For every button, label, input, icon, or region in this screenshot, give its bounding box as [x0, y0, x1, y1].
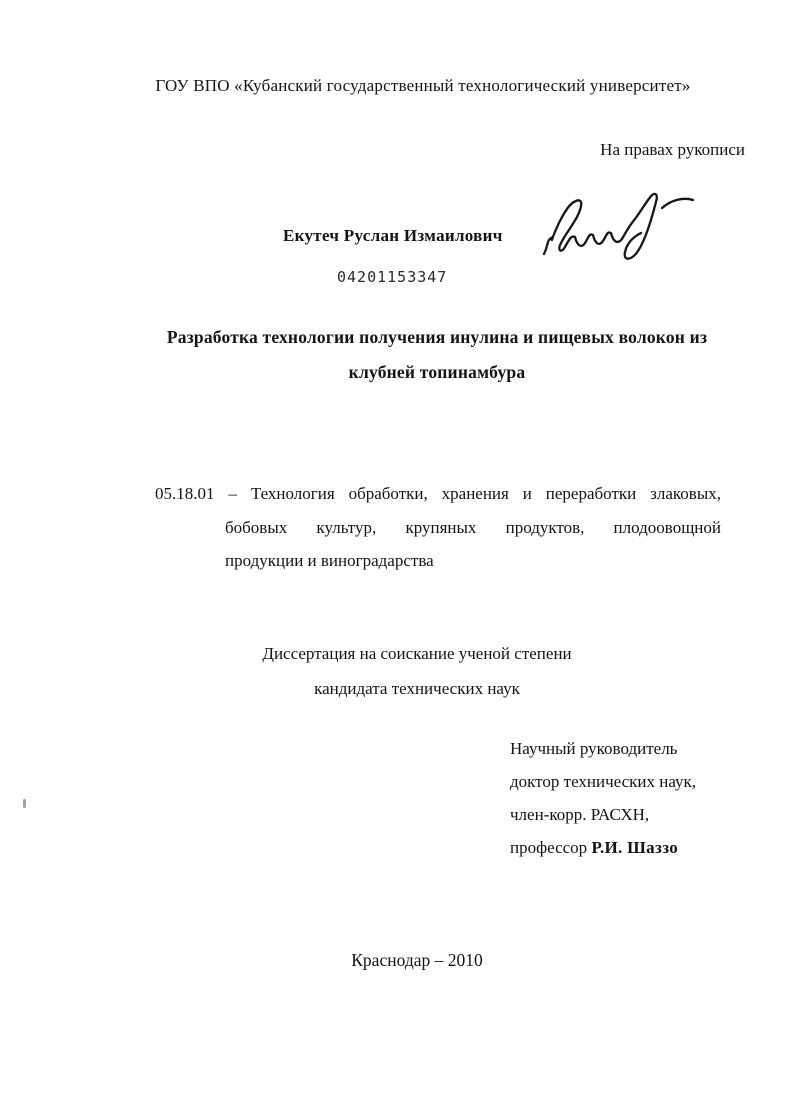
- registration-number: 04201153347: [337, 268, 447, 286]
- author-name: Екутеч Руслан Измаилович: [283, 226, 503, 246]
- specialty-paragraph: 05.18.01 – Технология обработки, хранени…: [155, 477, 721, 578]
- supervisor-heading: Научный руководитель: [510, 732, 696, 765]
- supervisor-name: Р.И. Шаззо: [591, 838, 678, 857]
- handwritten-signature-icon: [536, 186, 700, 276]
- manuscript-rights-note: На правах рукописи: [445, 140, 745, 160]
- signature-icon: [536, 186, 700, 276]
- supervisor-rank-and-name: профессор Р.И. Шаззо: [510, 831, 696, 864]
- city-and-year: Краснодар – 2010: [117, 950, 717, 971]
- supervisor-degree: доктор технических наук,: [510, 765, 696, 798]
- degree-statement-line-2: кандидата технических наук: [117, 671, 717, 706]
- scan-artifact-speck: [23, 799, 26, 808]
- dissertation-title: Разработка технологии получения инулина …: [117, 320, 757, 390]
- dissertation-title-page: ГОУ ВПО «Кубанский государственный техно…: [0, 0, 795, 1093]
- degree-statement-line-1: Диссертация на соискание ученой степени: [117, 636, 717, 671]
- specialty-line-1: 05.18.01 – Технология обработки, хранени…: [155, 477, 721, 511]
- dissertation-title-line-2: клубней топинамбура: [117, 355, 757, 390]
- supervisor-membership: член-корр. РАСХН,: [510, 798, 696, 831]
- supervisor-rank-prefix: профессор: [510, 838, 591, 857]
- supervisor-block: Научный руководитель доктор технических …: [510, 732, 696, 864]
- specialty-line-3: продукции и виноградарства: [225, 544, 721, 578]
- specialty-line-2: бобовых культур, крупяных продуктов, пло…: [225, 511, 721, 545]
- dissertation-title-line-1: Разработка технологии получения инулина …: [117, 320, 757, 355]
- degree-statement: Диссертация на соискание ученой степени …: [117, 636, 717, 706]
- university-name: ГОУ ВПО «Кубанский государственный техно…: [60, 76, 786, 96]
